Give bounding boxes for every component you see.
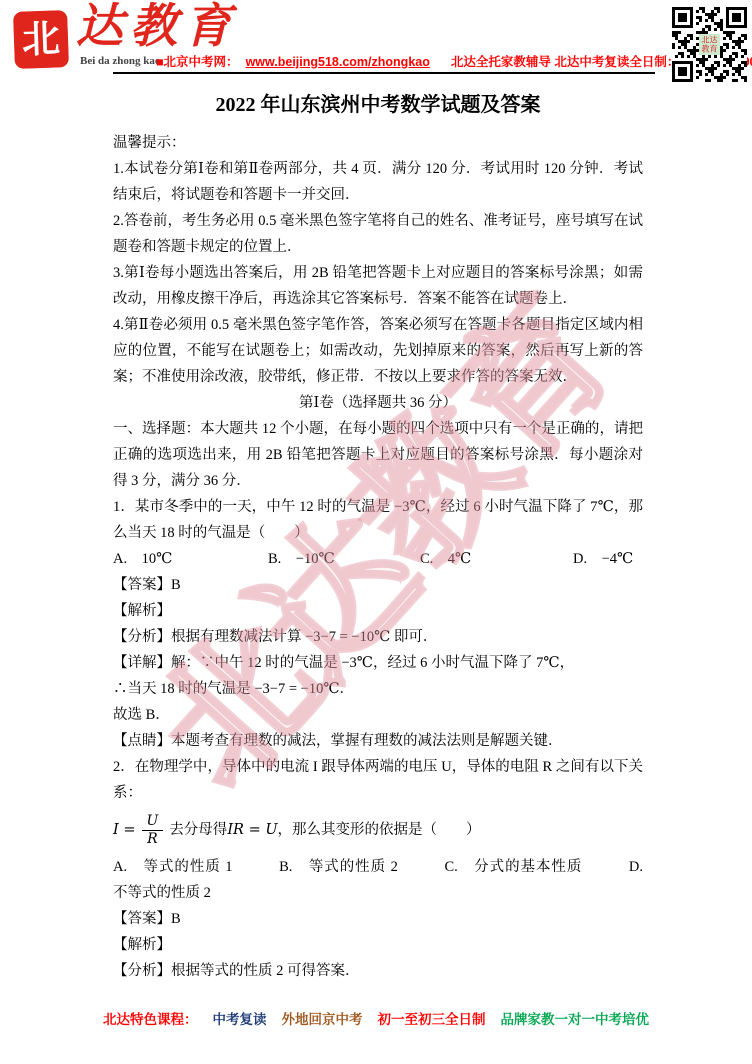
option-A: A. 10℃ — [113, 546, 172, 572]
page-header: 北 达教育 Bei da zhong kao ■北京中考网：www.beijin… — [0, 0, 752, 88]
footer-segment: 北达特色课程： — [103, 1012, 198, 1027]
footer-segment: 初一至初三全日制 — [378, 1012, 486, 1027]
fraction-denominator: R — [142, 831, 163, 847]
option-D: D. −4℃ — [573, 546, 633, 572]
header-contact-line: ■北京中考网：www.beijing518.com/zhongkao北达全托家教… — [156, 52, 752, 70]
doc-paragraph: 【详解】解：∵中午 12 时的气温是 −3℃，经过 6 小时气温下降了 7℃， — [113, 650, 643, 676]
doc-paragraph: 2.答卷前，考生务必用 0.5 毫米黑色签字笔将自己的姓名、准考证号，座号填写在… — [113, 208, 643, 260]
footer-segment: 品牌家教一对一中考培优 — [501, 1012, 650, 1027]
formula-lhs: I = — [113, 817, 136, 843]
doc-paragraph: 1.本试卷分第Ⅰ卷和第Ⅱ卷两部分，共 4 页．满分 120 分．考试用时 120… — [113, 156, 643, 208]
svg-text:教育: 教育 — [702, 44, 718, 54]
document-body: 温馨提示：1.本试卷分第Ⅰ卷和第Ⅱ卷两部分，共 4 页．满分 120 分．考试用… — [113, 130, 643, 984]
doc-paragraph: 【解析】 — [113, 932, 643, 958]
fraction: UR — [142, 813, 164, 846]
header-divider-rule — [113, 72, 655, 74]
site-label: ■北京中考网： — [156, 55, 239, 69]
seal-character: 北 — [21, 20, 60, 59]
doc-paragraph: 【分析】根据等式的性质 2 可得答案． — [113, 958, 643, 984]
text-fragment: ，那么其变形的依据是（ ） — [278, 817, 481, 843]
qr-code: 北达教育 — [672, 7, 747, 82]
page-footer: 北达特色课程：中考复读外地回京中考初一至初三全日制品牌家教一对一中考培优 — [0, 1008, 752, 1028]
doc-paragraph: 【分析】根据有理数减法计算 −3−7 = −10℃ 即可． — [113, 624, 643, 650]
footer-segment: 外地回京中考 — [282, 1012, 363, 1027]
doc-paragraph: 【答案】B — [113, 572, 643, 598]
document-title: 2022 年山东滨州中考数学试题及答案 — [113, 88, 643, 117]
options-row: A. 10℃B. −10℃C. 4℃D. −4℃ — [113, 546, 643, 572]
doc-paragraph: 【解析】 — [113, 598, 643, 624]
header-tagline: 北达全托家教辅导 北达中考复读全日制： — [451, 55, 679, 69]
doc-paragraph: ∴当天 18 时的气温是 −3−7 = −10℃． — [113, 676, 643, 702]
option-A: A. 等式的性质 1 — [113, 859, 233, 875]
doc-paragraph: 1．某市冬季中的一天，中午 12 时的气温是 −3℃，经过 6 小时气温下降了 … — [113, 494, 643, 546]
option-B: B. −10℃ — [268, 546, 335, 572]
brand-calligraphy: 达教育 — [76, 0, 238, 54]
doc-paragraph: 3.第Ⅰ卷每小题选出答案后，用 2B 铅笔把答题卡上对应题目的答案标号涂黑；如需… — [113, 260, 643, 312]
option-C: C. 4℃ — [420, 546, 471, 572]
site-url-link[interactable]: www.beijing518.com/zhongkao — [246, 55, 430, 69]
brand-pinyin: Bei da zhong kao — [80, 55, 160, 67]
beida-seal-logo: 北 — [13, 10, 69, 69]
doc-paragraph: 一、选择题：本大题共 12 个小题，在每小题的四个选项中只有一个是正确的，请把正… — [113, 416, 643, 494]
svg-text:北达: 北达 — [702, 35, 718, 45]
footer-segment: 中考复读 — [213, 1012, 267, 1027]
exam-document-page: 北 达教育 Bei da zhong kao ■北京中考网：www.beijin… — [0, 0, 752, 1064]
options-row: A. 等式的性质 1 B. 等式的性质 2 C. 分式的基本性质 D. 不等式的… — [113, 854, 643, 906]
section-heading: 第Ⅰ卷（选择题共 36 分） — [113, 390, 643, 416]
doc-paragraph: 【答案】B — [113, 906, 643, 932]
doc-paragraph: 温馨提示： — [113, 130, 643, 156]
option-C: C. 分式的基本性质 — [444, 859, 582, 875]
doc-paragraph: 故选 B． — [113, 702, 643, 728]
doc-paragraph: 4.第Ⅱ卷必须用 0.5 毫米黑色签字笔作答，答案必须写在答题卡各题目指定区域内… — [113, 312, 643, 390]
formula-fragment: IR = U — [227, 817, 277, 843]
doc-paragraph: 【点睛】本题考查有理数的减法，掌握有理数的减法法则是解题关键． — [113, 728, 643, 754]
text-fragment: 去分母得 — [169, 817, 227, 843]
option-B: B. 等式的性质 2 — [279, 859, 398, 875]
fraction-numerator: U — [142, 813, 164, 830]
formula-line: I =UR去分母得 IR = U ，那么其变形的依据是（ ） — [113, 806, 643, 854]
doc-paragraph: 2．在物理学中，导体中的电流 I 跟导体两端的电压 U，导体的电阻 R 之间有以… — [113, 754, 643, 806]
